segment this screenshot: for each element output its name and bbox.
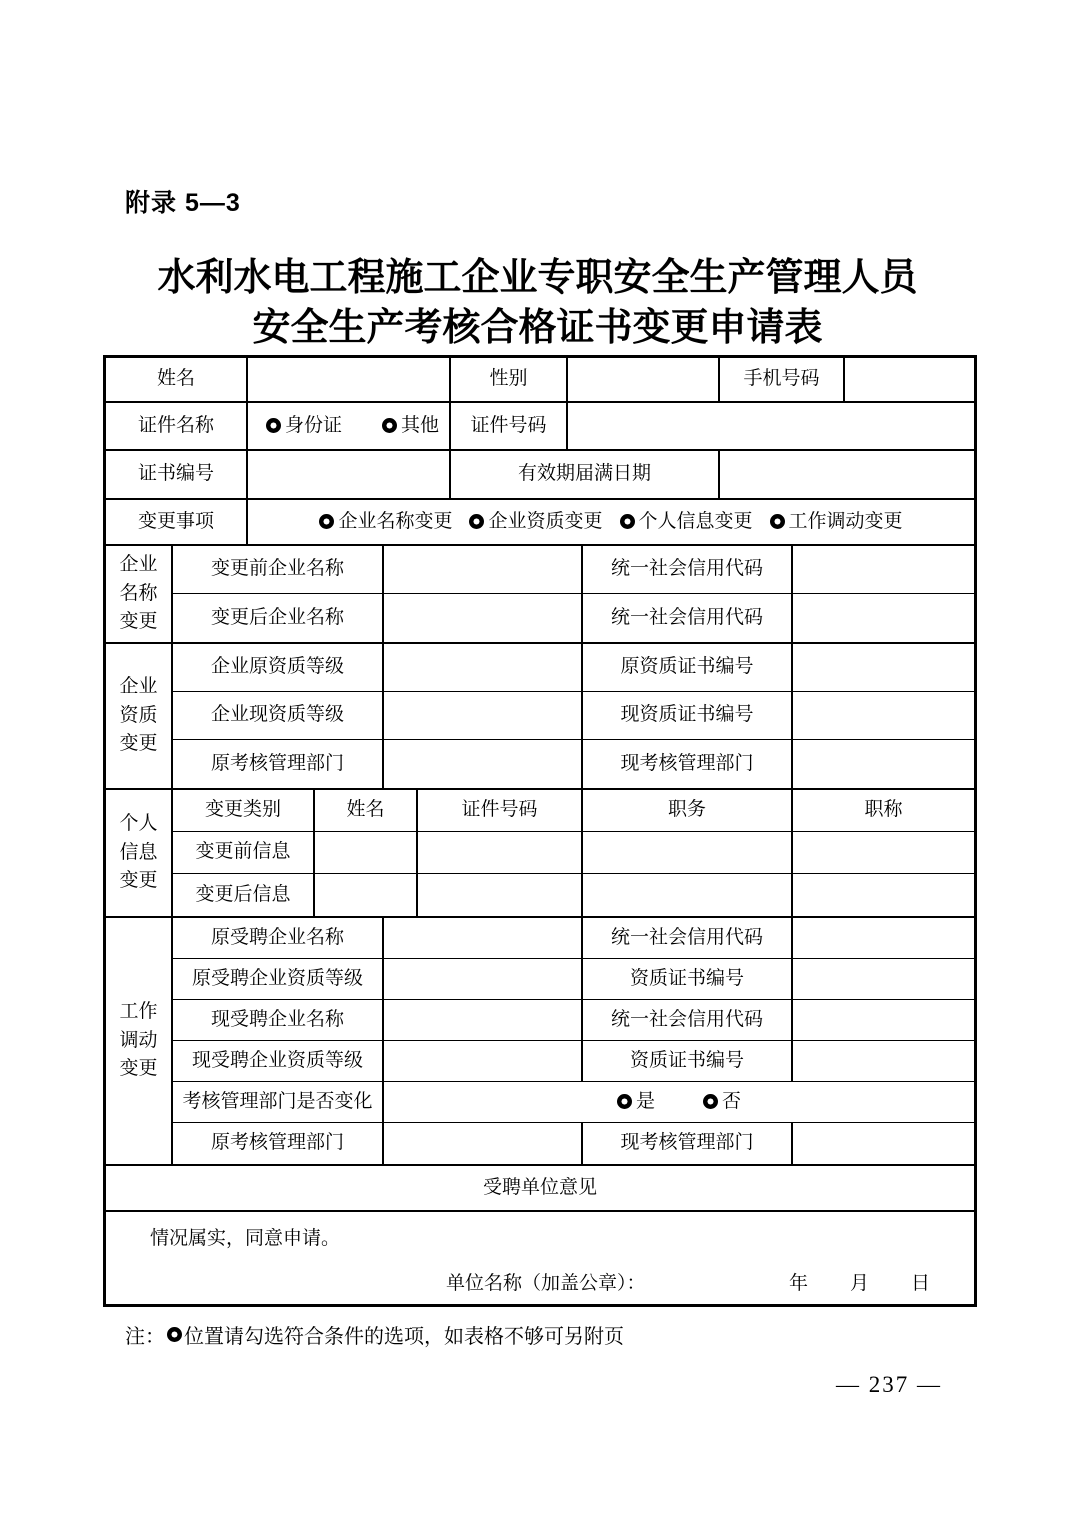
row-dept-changed: 考核管理部门是否变化 是 否 [173, 1082, 974, 1123]
section-qualification-change-title-cell: 企业资质变更 [106, 644, 173, 788]
old-assessment-dept-label: 原考核管理部门 [173, 1123, 384, 1164]
row-signoff: 情况属实，同意申请。 单位名称（加盖公章）： 年 月 日 [106, 1212, 974, 1304]
credit-code-value-cell [793, 546, 974, 593]
row-job-assessment-departments: 原考核管理部门 现考核管理部门 [173, 1123, 974, 1164]
name-header: 姓名 [315, 790, 418, 831]
mobile-value-cell [845, 358, 974, 401]
certificate-no-label: 证书编号 [106, 451, 248, 498]
row-change-items: 变更事项 企业名称变更 企业资质变更 个人信息变更 工作调动变更 [106, 500, 974, 546]
section-personal-info-change-title: 个人信息变更 [118, 810, 160, 896]
option-job-transfer-change: 工作调动变更 [770, 511, 903, 534]
row-current-qualification: 企业现资质等级 现资质证书编号 [173, 692, 974, 740]
name-value-cell [248, 358, 451, 401]
option-other-id: 其他 [382, 415, 439, 438]
date-month-label: 月 [850, 1273, 869, 1296]
section-qualification-change: 企业资质变更 企业原资质等级 原资质证书编号 企业现资质等级 现资质证书编号 原… [106, 644, 974, 790]
id-type-label: 证件名称 [106, 403, 248, 449]
current-qualification-cert-value-cell [793, 692, 974, 739]
current-qualification-value-cell [384, 692, 583, 739]
credit-code-label: 统一社会信用代码 [583, 1000, 793, 1040]
section-job-transfer-change-rows: 原受聘企业名称 统一社会信用代码 原受聘企业资质等级 资质证书编号 现受聘企业名… [173, 918, 974, 1164]
option-qualification-change: 企业资质变更 [469, 511, 602, 534]
change-items-options: 企业名称变更 企业资质变更 个人信息变更 工作调动变更 [248, 500, 974, 544]
option-no: 否 [703, 1091, 741, 1114]
form-title: 水利水电工程施工企业专职安全生产管理人员 安全生产考核合格证书变更申请表 [0, 253, 1075, 353]
id-type-options: 身份证 其他 [248, 403, 451, 449]
credit-code-label: 统一社会信用代码 [583, 546, 793, 593]
info-before-label: 变更前信息 [173, 832, 315, 873]
id-number-value-cell [568, 403, 974, 449]
row-old-employer-name: 原受聘企业名称 统一社会信用代码 [173, 918, 974, 959]
radio-bullet-icon [620, 514, 635, 529]
certificate-no-value-cell [248, 451, 451, 498]
current-employer-qualification-value-cell [384, 1041, 583, 1081]
option-personal-info-change: 个人信息变更 [620, 511, 753, 534]
old-qualification-value-cell [384, 644, 583, 691]
qualification-cert-no-label: 资质证书编号 [583, 959, 793, 999]
change-items-label: 变更事项 [106, 500, 248, 544]
old-assessment-dept-value-cell [384, 740, 583, 788]
row-assessment-departments: 原考核管理部门 现考核管理部门 [173, 740, 974, 788]
expiry-date-value-cell [720, 451, 974, 498]
change-category-header: 变更类别 [173, 790, 315, 831]
option-job-transfer-change-label: 工作调动变更 [789, 511, 903, 534]
radio-bullet-icon [167, 1327, 182, 1342]
current-qualification-label: 企业现资质等级 [173, 692, 384, 739]
row-old-qualification: 企业原资质等级 原资质证书编号 [173, 644, 974, 692]
option-personal-info-change-label: 个人信息变更 [639, 511, 753, 534]
current-assessment-dept-label: 现考核管理部门 [583, 1123, 793, 1164]
job-title-header: 职称 [793, 790, 974, 831]
row-certificate: 证书编号 有效期届满日期 [106, 451, 974, 500]
info-after-title-cell [793, 874, 974, 916]
qualification-cert-no-value-cell [793, 959, 974, 999]
section-company-name-change-title: 企业名称变更 [118, 551, 160, 637]
old-qualification-cert-label: 原资质证书编号 [583, 644, 793, 691]
row-info-before: 变更前信息 [173, 832, 974, 874]
form-title-line1: 水利水电工程施工企业专职安全生产管理人员 [0, 253, 1075, 303]
option-no-label: 否 [722, 1091, 741, 1114]
section-qualification-change-rows: 企业原资质等级 原资质证书编号 企业现资质等级 现资质证书编号 原考核管理部门 … [173, 644, 974, 788]
radio-bullet-icon [770, 514, 785, 529]
company-name-after-value-cell [384, 594, 583, 642]
credit-code-value-cell [793, 594, 974, 642]
section-qualification-change-title: 企业资质变更 [118, 673, 160, 759]
current-assessment-dept-value-cell [793, 740, 974, 788]
appendix-label: 附录 5—3 [125, 183, 241, 219]
company-name-before-label: 变更前企业名称 [173, 546, 384, 593]
position-header: 职务 [583, 790, 793, 831]
info-before-position-cell [583, 832, 793, 873]
signoff-date: 年 月 日 [789, 1273, 930, 1296]
section-job-transfer-change: 工作调动变更 原受聘企业名称 统一社会信用代码 原受聘企业资质等级 资质证书编号… [106, 918, 974, 1166]
option-qualification-change-label: 企业资质变更 [488, 511, 602, 534]
application-form-table: 姓名 性别 手机号码 证件名称 身份证 其他 证件号码 [103, 355, 977, 1307]
current-employer-name-value-cell [384, 1000, 583, 1040]
signoff-statement: 情况属实，同意申请。 [106, 1228, 974, 1251]
form-title-line2: 安全生产考核合格证书变更申请表 [0, 303, 1075, 353]
section-job-transfer-change-title: 工作调动变更 [118, 998, 160, 1084]
option-company-name-change-label: 企业名称变更 [338, 511, 452, 534]
row-personal-header: 变更类别 姓名 证件号码 职务 职称 [173, 790, 974, 832]
radio-bullet-icon [319, 514, 334, 529]
info-after-name-cell [315, 874, 418, 916]
option-id-card: 身份证 [266, 415, 342, 438]
id-number-header: 证件号码 [418, 790, 583, 831]
current-assessment-dept-value-cell [793, 1123, 974, 1164]
info-before-name-cell [315, 832, 418, 873]
radio-bullet-icon [382, 418, 397, 433]
credit-code-label: 统一社会信用代码 [583, 918, 793, 958]
id-number-label: 证件号码 [451, 403, 568, 449]
old-assessment-dept-label: 原考核管理部门 [173, 740, 384, 788]
gender-label: 性别 [451, 358, 568, 401]
option-yes-label: 是 [636, 1091, 655, 1114]
page-number: — 237 — [836, 1372, 942, 1398]
qualification-cert-no-label: 资质证书编号 [583, 1041, 793, 1081]
row-employer-opinion: 受聘单位意见 [106, 1166, 974, 1212]
row-company-name-before: 变更前企业名称 统一社会信用代码 [173, 546, 974, 594]
info-after-position-cell [583, 874, 793, 916]
radio-bullet-icon [469, 514, 484, 529]
section-company-name-change-rows: 变更前企业名称 统一社会信用代码 变更后企业名称 统一社会信用代码 [173, 546, 974, 642]
expiry-date-label: 有效期届满日期 [451, 451, 720, 498]
section-company-name-change: 企业名称变更 变更前企业名称 统一社会信用代码 变更后企业名称 统一社会信用代码 [106, 546, 974, 644]
company-name-before-value-cell [384, 546, 583, 593]
name-label: 姓名 [106, 358, 248, 401]
credit-code-label: 统一社会信用代码 [583, 594, 793, 642]
footnote-prefix: 注： [125, 1320, 165, 1349]
old-employer-name-label: 原受聘企业名称 [173, 918, 384, 958]
date-year-label: 年 [789, 1273, 808, 1296]
credit-code-value-cell [793, 1000, 974, 1040]
info-before-title-cell [793, 832, 974, 873]
section-job-transfer-change-title-cell: 工作调动变更 [106, 918, 173, 1164]
old-employer-name-value-cell [384, 918, 583, 958]
footnote-text: 位置请勾选符合条件的选项，如表格不够可另附页 [184, 1320, 624, 1349]
option-other-id-label: 其他 [401, 415, 439, 438]
credit-code-value-cell [793, 918, 974, 958]
radio-bullet-icon [703, 1094, 718, 1109]
gender-value-cell [568, 358, 720, 401]
document-page: 附录 5—3 水利水电工程施工企业专职安全生产管理人员 安全生产考核合格证书变更… [0, 0, 1075, 1519]
row-info-after: 变更后信息 [173, 874, 974, 916]
dept-changed-label: 考核管理部门是否变化 [173, 1082, 384, 1122]
current-employer-qualification-label: 现受聘企业资质等级 [173, 1041, 384, 1081]
section-personal-info-change: 个人信息变更 变更类别 姓名 证件号码 职务 职称 变更前信息 [106, 790, 974, 918]
qualification-cert-no-value-cell [793, 1041, 974, 1081]
dept-changed-options: 是 否 [384, 1082, 974, 1122]
radio-bullet-icon [266, 418, 281, 433]
info-before-id-cell [418, 832, 583, 873]
row-old-employer-qualification: 原受聘企业资质等级 资质证书编号 [173, 959, 974, 1000]
option-yes: 是 [617, 1091, 655, 1114]
section-company-name-change-title-cell: 企业名称变更 [106, 546, 173, 642]
section-personal-info-change-rows: 变更类别 姓名 证件号码 职务 职称 变更前信息 变更后信息 [173, 790, 974, 916]
current-assessment-dept-label: 现考核管理部门 [583, 740, 793, 788]
form-footnote: 注： 位置请勾选符合条件的选项，如表格不够可另附页 [125, 1320, 624, 1349]
old-qualification-label: 企业原资质等级 [173, 644, 384, 691]
signoff-signature-line: 单位名称（加盖公章）： 年 月 日 [106, 1273, 974, 1296]
old-assessment-dept-value-cell [384, 1123, 583, 1164]
row-id-document: 证件名称 身份证 其他 证件号码 [106, 403, 974, 451]
date-day-label: 日 [911, 1273, 930, 1296]
mobile-label: 手机号码 [720, 358, 845, 401]
old-employer-qualification-label: 原受聘企业资质等级 [173, 959, 384, 999]
row-current-employer-qualification: 现受聘企业资质等级 资质证书编号 [173, 1041, 974, 1082]
old-employer-qualification-value-cell [384, 959, 583, 999]
info-after-id-cell [418, 874, 583, 916]
row-current-employer-name: 现受聘企业名称 统一社会信用代码 [173, 1000, 974, 1041]
old-qualification-cert-value-cell [793, 644, 974, 691]
radio-bullet-icon [617, 1094, 632, 1109]
employer-opinion-label: 受聘单位意见 [106, 1166, 974, 1210]
option-id-card-label: 身份证 [285, 415, 342, 438]
current-employer-name-label: 现受聘企业名称 [173, 1000, 384, 1040]
option-company-name-change: 企业名称变更 [319, 511, 452, 534]
signoff-block: 情况属实，同意申请。 单位名称（加盖公章）： 年 月 日 [106, 1212, 974, 1304]
section-personal-info-change-title-cell: 个人信息变更 [106, 790, 173, 916]
company-seal-label: 单位名称（加盖公章）： [446, 1273, 646, 1296]
current-qualification-cert-label: 现资质证书编号 [583, 692, 793, 739]
company-name-after-label: 变更后企业名称 [173, 594, 384, 642]
info-after-label: 变更后信息 [173, 874, 315, 916]
row-company-name-after: 变更后企业名称 统一社会信用代码 [173, 594, 974, 642]
row-basic-identity: 姓名 性别 手机号码 [106, 358, 974, 403]
